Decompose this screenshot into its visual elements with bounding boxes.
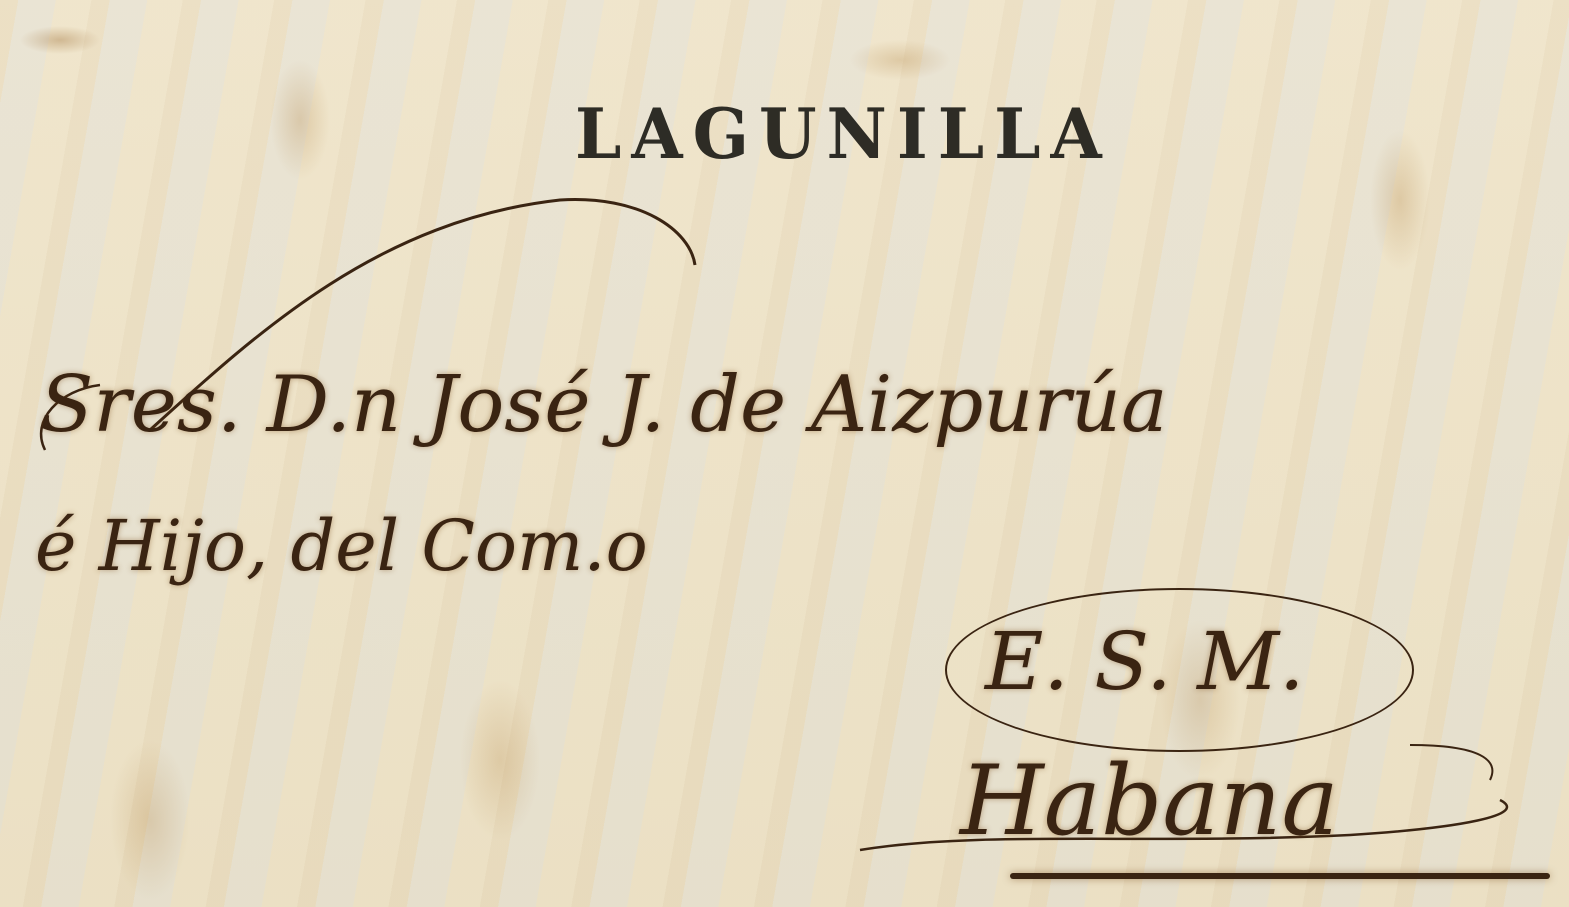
letter-cover: LAGUNILLA Sres. D.n José J. de Aizpurúa … (0, 0, 1569, 907)
address-line-2: é Hijo, del Com.o (35, 505, 648, 587)
city-underline (1010, 873, 1550, 879)
address-line-4-city: Habana (960, 745, 1339, 857)
address-line-3: E. S. M. (985, 615, 1304, 708)
address-line-1: Sres. D.n José J. de Aizpurúa (40, 360, 1168, 450)
postmark-lagunilla: LAGUNILLA (575, 93, 1112, 175)
